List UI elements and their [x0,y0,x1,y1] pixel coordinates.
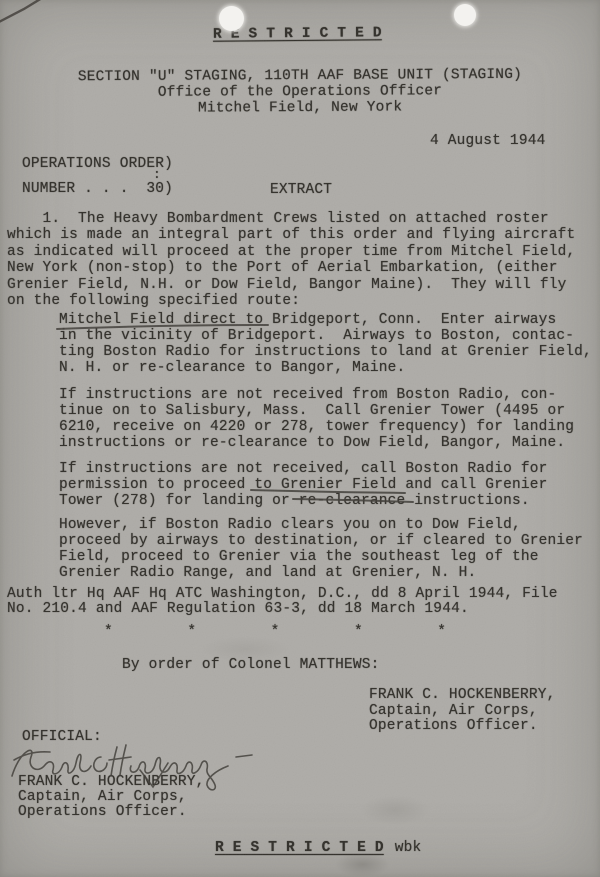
route-paragraph-3: If instructions are not received, call B… [59,461,547,509]
letterhead-section-line: SECTION "U" STAGING, 110TH AAF BASE UNIT… [78,67,522,85]
signer-name: FRANK C. HOCKENBERRY, [369,687,556,703]
signer-rank: Captain, Air Corps, [369,703,538,719]
extract-label: EXTRACT [270,182,332,198]
letterhead: SECTION "U" STAGING, 110TH AAF BASE UNIT… [0,66,600,117]
punch-hole-right [454,4,476,26]
clerk-initials: wbk [395,840,422,856]
official-name: FRANK C. HOCKENBERRY, [18,774,205,790]
letterhead-office-line: Office of the Operations Officer [158,83,442,100]
paragraph-1: 1. The Heavy Bombardment Crews listed on… [7,211,575,309]
document-page: R E S T R I C T E D SECTION "U" STAGING,… [0,0,600,877]
route-paragraph-1: Mitchel Field direct to Bridgeport, Conn… [59,312,592,376]
official-rank: Captain, Air Corps, [18,789,187,805]
official-label: OFFICIAL: [22,729,102,745]
classification-footer-text: R E S T R I C T E D [215,840,384,856]
signature-block-left: FRANK C. HOCKENBERRY, Captain, Air Corps… [18,775,205,821]
asterisk: * [271,624,280,640]
letterhead-location-line: Mitchel Field, New York [198,99,402,116]
route-paragraph-4: However, if Boston Radio clears you on t… [59,517,583,581]
punch-hole-left [219,6,244,31]
operations-order-label: OPERATIONS ORDER) [22,156,173,172]
by-order-line: By order of Colonel MATTHEWS: [122,657,380,673]
signature-block-right: FRANK C. HOCKENBERRY, Captain, Air Corps… [369,688,556,735]
asterisk: * [187,624,196,640]
asterisk: * [437,624,446,640]
asterisk: * [354,624,363,640]
corner-pencil-mark [0,0,42,23]
paper-smudge [360,795,430,825]
document-date: 4 August 1944 [430,133,545,149]
asterisk-separator: * * * * * [104,624,446,640]
order-number-label: NUMBER . . . 30) [22,181,173,197]
official-title: Operations Officer. [18,804,187,820]
signer-title: Operations Officer. [369,718,538,734]
classification-footer: R E S T R I C T E Dwbk [215,840,421,856]
route-paragraph-2: If instructions are not received from Bo… [59,387,574,451]
asterisk: * [104,624,113,640]
authority-paragraph: Auth ltr Hq AAF Hq ATC Washington, D.C.,… [7,587,558,617]
